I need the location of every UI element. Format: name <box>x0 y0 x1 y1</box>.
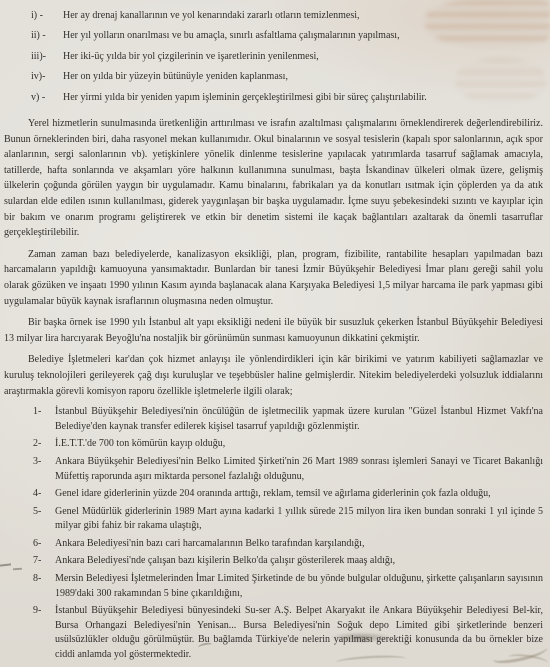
list-item-text: Her ay drenaj kanallarının ve yol kenarı… <box>63 6 543 26</box>
roman-list-item: v) - Her yirmi yılda bir yeniden yapım i… <box>4 88 543 108</box>
numbered-list-item: 5- Genel Müdürlük giderlerinin 1989 Mart… <box>4 505 543 534</box>
roman-list-item: iii)- Her iki-üç yılda bir yol çizgileri… <box>4 47 543 67</box>
list-marker: 1- <box>33 405 55 434</box>
numbered-list-item: 3- Ankara Büyükşehir Belediyesi'nin Belk… <box>4 455 543 484</box>
list-marker: 3- <box>33 455 55 484</box>
list-item-text: İstanbul Büyükşehir Belediyesi bünyesind… <box>55 604 543 662</box>
body-paragraph: Bir başka örnek ise 1990 yılı İstanbul a… <box>4 315 543 346</box>
list-item-text: Genel idare giderlerinin yüzde 204 oranı… <box>55 487 543 502</box>
list-marker: i) - <box>4 6 63 26</box>
body-paragraph: Zaman zaman bazı belediyelerde, kanaliza… <box>4 247 543 309</box>
list-marker: 9- <box>33 604 55 662</box>
list-item-text: Ankara Belediyesi'nin bazı cari harcamal… <box>55 537 543 552</box>
list-marker: 4- <box>33 487 55 502</box>
numbered-list-item: 9- İstanbul Büyükşehir Belediyesi bünyes… <box>4 604 543 662</box>
list-marker: iv)- <box>4 67 63 87</box>
numbered-list-item: 1- İstanbul Büyükşehir Belediyesi'nin ön… <box>4 405 543 434</box>
roman-list-item: i) - Her ay drenaj kanallarının ve yol k… <box>4 6 543 26</box>
list-item-text: Genel Müdürlük giderlerinin 1989 Mart ay… <box>55 505 543 534</box>
numbered-list-item: 8- Mersin Belediyesi İşletmelerinden İma… <box>4 572 543 601</box>
scanned-document-page: i) - Her ay drenaj kanallarının ve yol k… <box>0 0 550 667</box>
list-marker: v) - <box>4 88 63 108</box>
list-marker: 8- <box>33 572 55 601</box>
findings-list: 1- İstanbul Büyükşehir Belediyesi'nin ön… <box>4 405 543 663</box>
roman-list-item: iv)- Her on yılda bir yüzeyin bütünüyle … <box>4 67 543 87</box>
numbered-list-item: 6- Ankara Belediyesi'nin bazı cari harca… <box>4 537 543 552</box>
body-paragraph: Yerel hizmetlerin sunulmasında üretkenli… <box>4 116 543 241</box>
list-item-text: Ankara Büyükşehir Belediyesi'nin Belko L… <box>55 455 543 484</box>
list-item-text: İ.E.T.T.'de 700 ton kömürün kayıp olduğu… <box>55 437 543 452</box>
list-item-text: İstanbul Büyükşehir Belediyesi'nin öncül… <box>55 405 543 434</box>
list-item-text: Her iki-üç yılda bir yol çizgilerinin ve… <box>63 47 543 67</box>
list-marker: iii)- <box>4 47 63 67</box>
list-item-text: Her yirmi yılda bir yeniden yapım işlemi… <box>63 88 543 108</box>
list-marker: 2- <box>33 437 55 452</box>
numbered-list-item: 7- Ankara Belediyesi'nde çalışan bazı ki… <box>4 554 543 569</box>
maintenance-cycle-list: i) - Her ay drenaj kanallarının ve yol k… <box>4 6 543 108</box>
list-marker: 7- <box>33 554 55 569</box>
roman-list-item: ii) - Her yıl yolların onarılması ve bu … <box>4 26 543 46</box>
list-item-text: Ankara Belediyesi'nde çalışan bazı kişil… <box>55 554 543 569</box>
list-item-text: Mersin Belediyesi İşletmelerinden İmar L… <box>55 572 543 601</box>
body-paragraph: Belediye İşletmeleri kar'dan çok hizmet … <box>4 352 543 399</box>
list-item-text: Her yıl yolların onarılması ve bu amaçla… <box>63 26 543 46</box>
list-item-text: Her on yılda bir yüzeyin bütünüyle yenid… <box>63 67 543 87</box>
list-marker: 5- <box>33 505 55 534</box>
list-marker: ii) - <box>4 26 63 46</box>
numbered-list-item: 4- Genel idare giderlerinin yüzde 204 or… <box>4 487 543 502</box>
list-marker: 6- <box>33 537 55 552</box>
numbered-list-item: 2- İ.E.T.T.'de 700 ton kömürün kayıp old… <box>4 437 543 452</box>
